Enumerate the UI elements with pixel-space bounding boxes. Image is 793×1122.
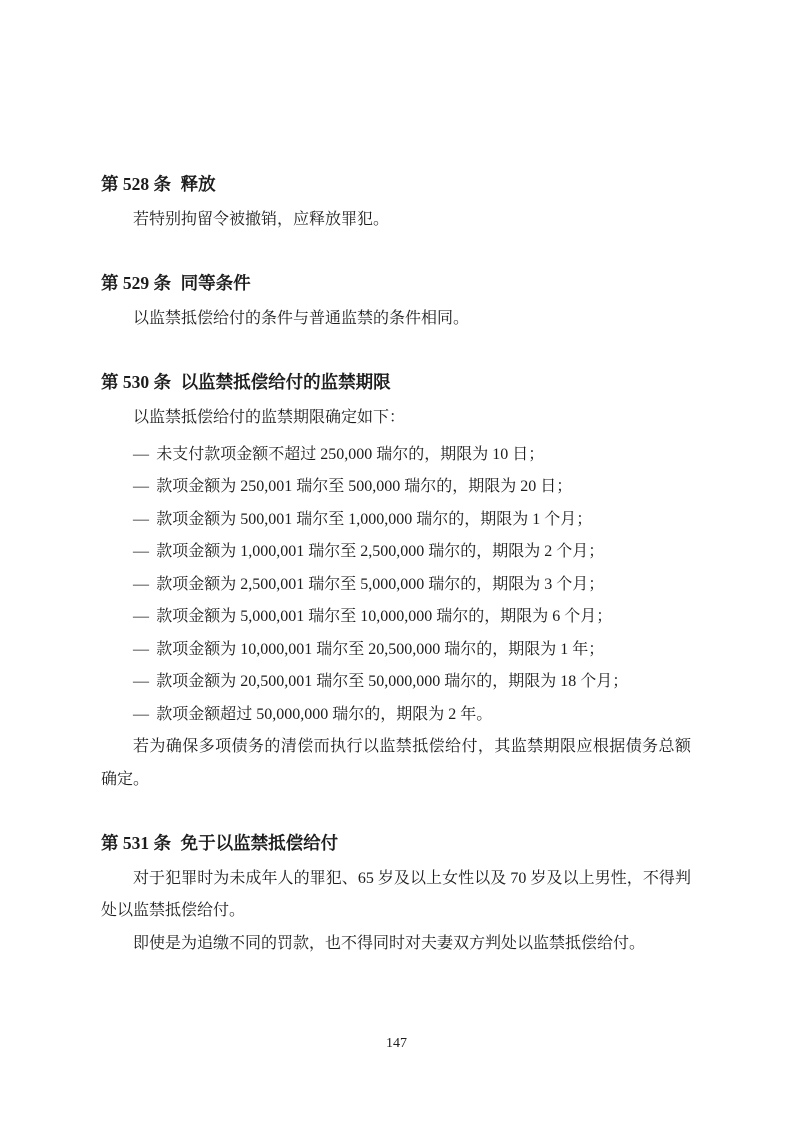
duration-list-item-text: 款项金额为 1,000,001 瑞尔至 2,500,000 瑞尔的，期限为 2 … — [156, 543, 604, 560]
article-529-title: 同等条件 — [181, 273, 251, 293]
article-531-paragraph: 对于犯罪时为未成年人的罪犯、65 岁及以上女性以及 70 岁及以上男性，不得判处… — [101, 863, 691, 928]
duration-list-item-text: 未支付款项金额不超过 250,000 瑞尔的，期限为 10 日； — [156, 446, 544, 463]
article-530-heading: 第 530 条以监禁抵偿给付的监禁期限 — [101, 370, 691, 394]
article-528-paragraph: 若特别拘留令被撤销，应释放罪犯。 — [101, 204, 691, 237]
article-529-heading: 第 529 条同等条件 — [101, 271, 691, 295]
duration-list-item-text: 款项金额为 10,000,001 瑞尔至 20,500,000 瑞尔的，期限为 … — [156, 641, 604, 658]
dash-marker: — — [133, 543, 149, 560]
duration-list-item: —款项金额为 500,001 瑞尔至 1,000,000 瑞尔的，期限为 1 个… — [101, 504, 691, 537]
page-content: 第 528 条释放 若特别拘留令被撤销，应释放罪犯。 第 529 条同等条件 以… — [101, 172, 691, 960]
article-531-paragraph: 即使是为追缴不同的罚款，也不得同时对夫妻双方判处以监禁抵偿给付。 — [101, 928, 691, 961]
article-528-number: 第 528 条 — [101, 174, 171, 194]
dash-marker: — — [133, 446, 149, 463]
duration-list: —未支付款项金额不超过 250,000 瑞尔的，期限为 10 日； —款项金额为… — [101, 439, 691, 732]
duration-list-item-text: 款项金额超过 50,000,000 瑞尔的，期限为 2 年。 — [156, 706, 492, 723]
duration-list-item-text: 款项金额为 500,001 瑞尔至 1,000,000 瑞尔的，期限为 1 个月… — [156, 511, 592, 528]
duration-list-item: —款项金额超过 50,000,000 瑞尔的，期限为 2 年。 — [101, 699, 691, 732]
duration-list-item-text: 款项金额为 250,001 瑞尔至 500,000 瑞尔的，期限为 20 日； — [156, 478, 572, 495]
dash-marker: — — [133, 641, 149, 658]
dash-marker: — — [133, 576, 149, 593]
article-528-title: 释放 — [181, 174, 216, 194]
duration-list-item: —款项金额为 2,500,001 瑞尔至 5,000,000 瑞尔的，期限为 3… — [101, 569, 691, 602]
duration-list-item-text: 款项金额为 2,500,001 瑞尔至 5,000,000 瑞尔的，期限为 3 … — [156, 576, 604, 593]
dash-marker: — — [133, 608, 149, 625]
dash-marker: — — [133, 478, 149, 495]
duration-list-item: —款项金额为 5,000,001 瑞尔至 10,000,000 瑞尔的，期限为 … — [101, 601, 691, 634]
article-531-title: 免于以监禁抵偿给付 — [181, 833, 339, 853]
article-530: 第 530 条以监禁抵偿给付的监禁期限 以监禁抵偿给付的监禁期限确定如下： —未… — [101, 370, 691, 796]
article-529-number: 第 529 条 — [101, 273, 171, 293]
article-528: 第 528 条释放 若特别拘留令被撤销，应释放罪犯。 — [101, 172, 691, 237]
duration-list-item: —款项金额为 20,500,001 瑞尔至 50,000,000 瑞尔的，期限为… — [101, 666, 691, 699]
document-page: 第 528 条释放 若特别拘留令被撤销，应释放罪犯。 第 529 条同等条件 以… — [0, 0, 793, 1122]
duration-list-item: —款项金额为 250,001 瑞尔至 500,000 瑞尔的，期限为 20 日； — [101, 471, 691, 504]
duration-list-item: —未支付款项金额不超过 250,000 瑞尔的，期限为 10 日； — [101, 439, 691, 472]
article-530-number: 第 530 条 — [101, 372, 171, 392]
dash-marker: — — [133, 706, 149, 723]
article-529: 第 529 条同等条件 以监禁抵偿给付的条件与普通监禁的条件相同。 — [101, 271, 691, 336]
duration-list-item-text: 款项金额为 20,500,001 瑞尔至 50,000,000 瑞尔的，期限为 … — [156, 673, 628, 690]
duration-list-item-text: 款项金额为 5,000,001 瑞尔至 10,000,000 瑞尔的，期限为 6… — [156, 608, 612, 625]
article-530-title: 以监禁抵偿给付的监禁期限 — [181, 372, 391, 392]
article-531: 第 531 条免于以监禁抵偿给付 对于犯罪时为未成年人的罪犯、65 岁及以上女性… — [101, 831, 691, 961]
duration-list-item: —款项金额为 10,000,001 瑞尔至 20,500,000 瑞尔的，期限为… — [101, 634, 691, 667]
article-531-heading: 第 531 条免于以监禁抵偿给付 — [101, 831, 691, 855]
article-530-intro-paragraph: 以监禁抵偿给付的监禁期限确定如下： — [101, 402, 691, 435]
dash-marker: — — [133, 511, 149, 528]
article-528-heading: 第 528 条释放 — [101, 172, 691, 196]
article-531-number: 第 531 条 — [101, 833, 171, 853]
article-530-closing-paragraph: 若为确保多项债务的清偿而执行以监禁抵偿给付，其监禁期限应根据债务总额确定。 — [101, 731, 691, 796]
article-529-paragraph: 以监禁抵偿给付的条件与普通监禁的条件相同。 — [101, 303, 691, 336]
duration-list-item: —款项金额为 1,000,001 瑞尔至 2,500,000 瑞尔的，期限为 2… — [101, 536, 691, 569]
dash-marker: — — [133, 673, 149, 690]
page-number: 147 — [0, 1036, 793, 1052]
